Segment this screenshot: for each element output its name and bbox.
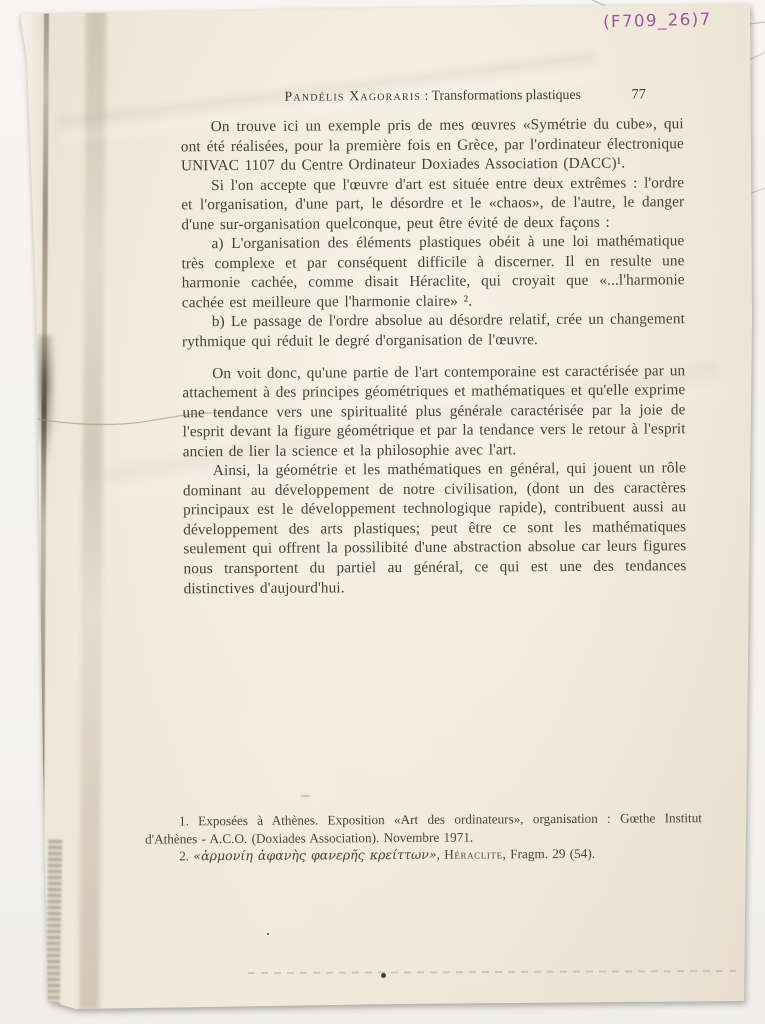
- paragraph: Ainsi, la géométrie et les mathématiques…: [183, 459, 687, 599]
- scanned-page-wrapper: (F709_26)7 Pandélis Xagoraris : Transfor…: [0, 0, 765, 1024]
- page-number: 77: [631, 86, 646, 103]
- paragraph: b) Le passage de l'ordre absolue au déso…: [182, 310, 685, 352]
- footnote-2-author: Héraclite: [444, 847, 503, 862]
- paragraph: Si l'on accepte que l'œuvre d'art est si…: [181, 173, 684, 235]
- handwritten-annotation: (F709_26)7: [603, 8, 753, 31]
- page-content: (F709_26)7 Pandélis Xagoraris : Transfor…: [0, 0, 765, 1024]
- footnote-2-reference: , Fragm. 29 (54).: [503, 846, 595, 862]
- paragraph: On trouve ici un exemple pris de mes œuv…: [181, 114, 684, 176]
- header-separator: :: [421, 88, 432, 103]
- author-name: Pandélis Xagoraris: [284, 88, 421, 104]
- footnote-2-separator: ,: [437, 847, 445, 862]
- body-text: On trouve ici un exemple pris de mes œuv…: [181, 114, 687, 598]
- paper-sheet: (F709_26)7 Pandélis Xagoraris : Transfor…: [0, 0, 765, 1024]
- paragraph: On voit donc, qu'une partie de l'art con…: [182, 361, 686, 462]
- running-header: Pandélis Xagoraris : Transformations pla…: [284, 86, 654, 104]
- footnotes: 1. Exposées à Athènes. Exposition «Art d…: [145, 809, 702, 865]
- paragraph: a) L'organisation des éléments plastique…: [181, 232, 684, 313]
- footnote-1: 1. Exposées à Athènes. Exposition «Art d…: [145, 809, 702, 848]
- footnote-2-greek-quote: «ἁρμονίη ἀφανὴς φανερῆς κρείττων»: [193, 847, 436, 863]
- article-title: Transformations plastiques: [432, 87, 581, 103]
- footnote-2: 2. «ἁρμονίη ἀφανὴς φανερῆς κρείττων», Hé…: [145, 844, 702, 865]
- footnote-2-number: 2.: [179, 848, 193, 863]
